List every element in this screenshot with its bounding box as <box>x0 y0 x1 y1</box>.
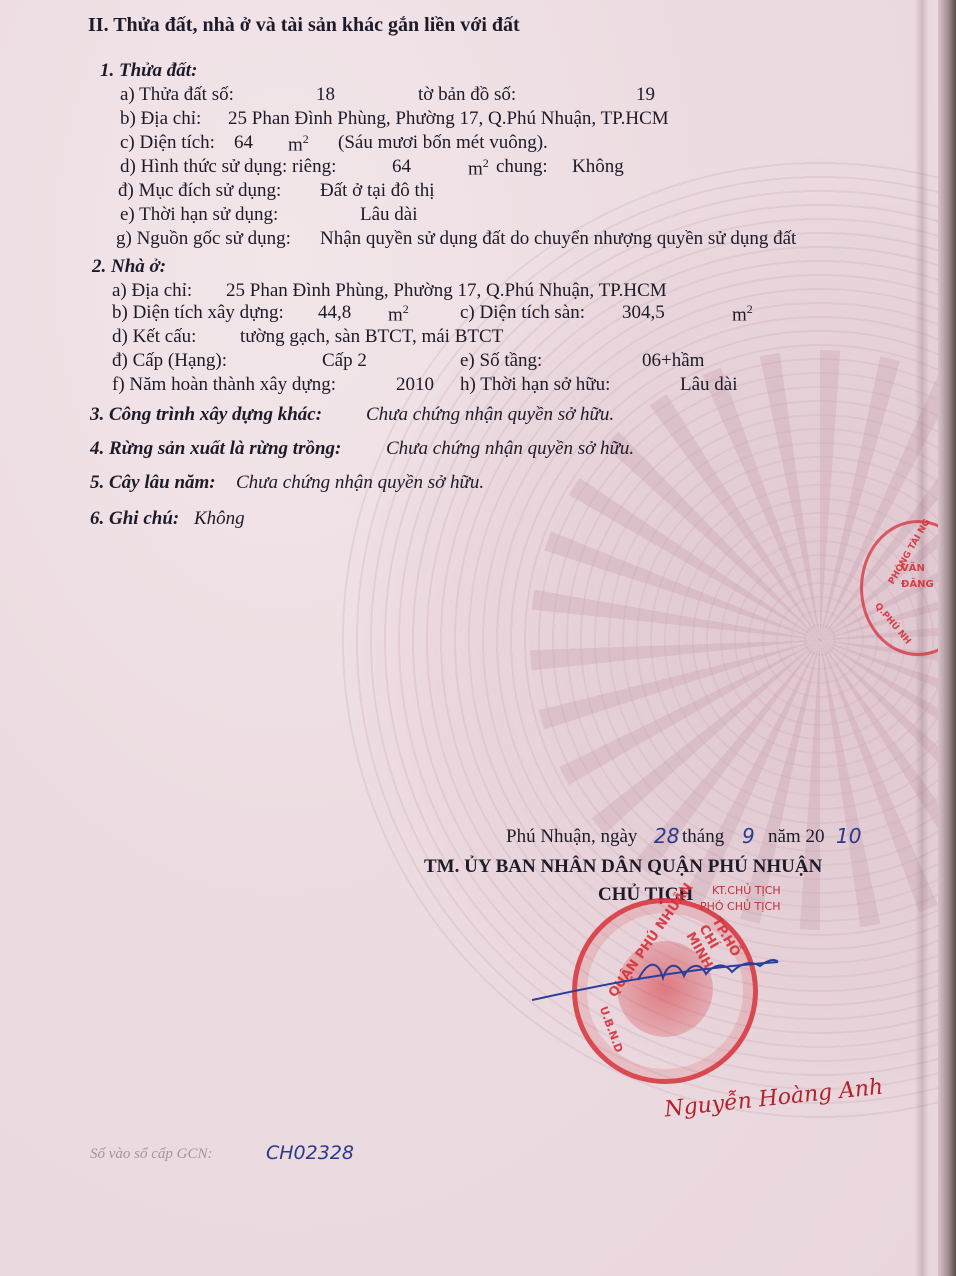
house-address: 25 Phan Đình Phùng, Phường 17, Q.Phú Nhu… <box>226 280 667 302</box>
seal-text: U.B.N.D <box>597 1005 626 1055</box>
label: d) Hình thức sử dụng: riêng: <box>120 156 336 178</box>
common-area: Không <box>572 156 624 178</box>
value: Không <box>194 508 245 530</box>
label: đ) Mục đích sử dụng: <box>118 180 281 202</box>
value: Chưa chứng nhận quyền sở hữu. <box>386 438 634 460</box>
label: c) Diện tích: <box>120 132 215 154</box>
label: e) Số tầng: <box>460 350 542 372</box>
stamp-text: ĐĂNG <box>901 579 934 590</box>
day: 28 <box>654 824 679 848</box>
year-suffix: 10 <box>836 824 861 848</box>
label: tháng <box>682 826 724 848</box>
construction-area: 44,8 <box>318 302 351 324</box>
grade: Cấp 2 <box>322 350 367 372</box>
completion-year: 2010 <box>396 374 434 396</box>
structure: tường gạch, sàn BTCT, mái BTCT <box>240 326 503 348</box>
unit: m2 <box>468 156 489 180</box>
land-origin: Nhận quyền sử dụng đất do chuyển nhượng … <box>320 228 796 250</box>
house-heading: 2. Nhà ở: <box>92 256 166 278</box>
use-term: Lâu dài <box>360 204 418 226</box>
place-date-prefix: Phú Nhuận, ngày <box>506 826 637 848</box>
label: c) Diện tích sàn: <box>460 302 585 324</box>
stamp-text: VĂN <box>901 563 925 574</box>
floors: 06+hầm <box>642 350 704 372</box>
month: 9 <box>742 824 755 848</box>
section-title: II. Thửa đất, nhà ở và tài sản khác gắn … <box>88 14 520 37</box>
value: Chưa chứng nhận quyền sở hữu. <box>236 472 484 494</box>
label: 6. Ghi chú: <box>90 508 179 530</box>
ownership-term: Lâu dài <box>680 374 738 396</box>
unit: m2 <box>732 302 753 326</box>
land-area: 64 <box>234 132 253 154</box>
label: đ) Cấp (Hạng): <box>112 350 227 372</box>
parcel-number: 18 <box>316 84 335 106</box>
label: tờ bản đồ số: <box>418 84 516 106</box>
unit: m2 <box>388 302 409 326</box>
label: d) Kết cấu: <box>112 326 196 348</box>
area-in-words: (Sáu mươi bốn mét vuông). <box>338 132 548 154</box>
stamp-overlay-1: KT.CHỦ TỊCH <box>712 884 781 897</box>
unit-m: m <box>732 304 747 325</box>
label: 3. Công trình xây dựng khác: <box>90 404 322 426</box>
cert-book-label: Số vào sổ cấp GCN: <box>90 1146 213 1163</box>
label: f) Năm hoàn thành xây dựng: <box>112 374 336 396</box>
unit-m: m <box>288 134 303 155</box>
label: e) Thời hạn sử dụng: <box>120 204 278 226</box>
floor-area: 304,5 <box>622 302 665 324</box>
stamp-text: PHÒNG TÀI NG <box>887 518 932 587</box>
label: a) Địa chỉ: <box>112 280 192 302</box>
label: b) Diện tích xây dựng: <box>112 302 284 324</box>
certificate-page: II. Thửa đất, nhà ở và tài sản khác gắn … <box>0 0 944 1276</box>
issuing-authority: TM. ỦY BAN NHÂN DÂN QUẬN PHÚ NHUẬN <box>424 856 822 878</box>
land-purpose: Đất ở tại đô thị <box>320 180 435 202</box>
label: b) Địa chỉ: <box>120 108 201 130</box>
unit: m2 <box>288 132 309 156</box>
label: a) Thửa đất số: <box>120 84 234 106</box>
label: năm 20 <box>768 826 824 848</box>
unit-m: m <box>388 304 403 325</box>
cert-book-number: CH02328 <box>266 1142 354 1164</box>
label: 4. Rừng sản xuất là rừng trồng: <box>90 438 341 460</box>
label: h) Thời hạn sở hữu: <box>460 374 610 396</box>
private-area: 64 <box>392 156 411 178</box>
map-sheet-number: 19 <box>636 84 655 106</box>
label: g) Nguồn gốc sử dụng: <box>116 228 291 250</box>
label: 5. Cây lâu năm: <box>90 472 216 494</box>
document-edge <box>938 0 956 1276</box>
value: Chưa chứng nhận quyền sở hữu. <box>366 404 614 426</box>
land-address: 25 Phan Đình Phùng, Phường 17, Q.Phú Nhu… <box>228 108 669 130</box>
label: chung: <box>496 156 548 178</box>
handwritten-signature <box>528 940 788 1010</box>
land-heading: 1. Thửa đất: <box>100 60 197 82</box>
unit-m: m <box>468 158 483 179</box>
